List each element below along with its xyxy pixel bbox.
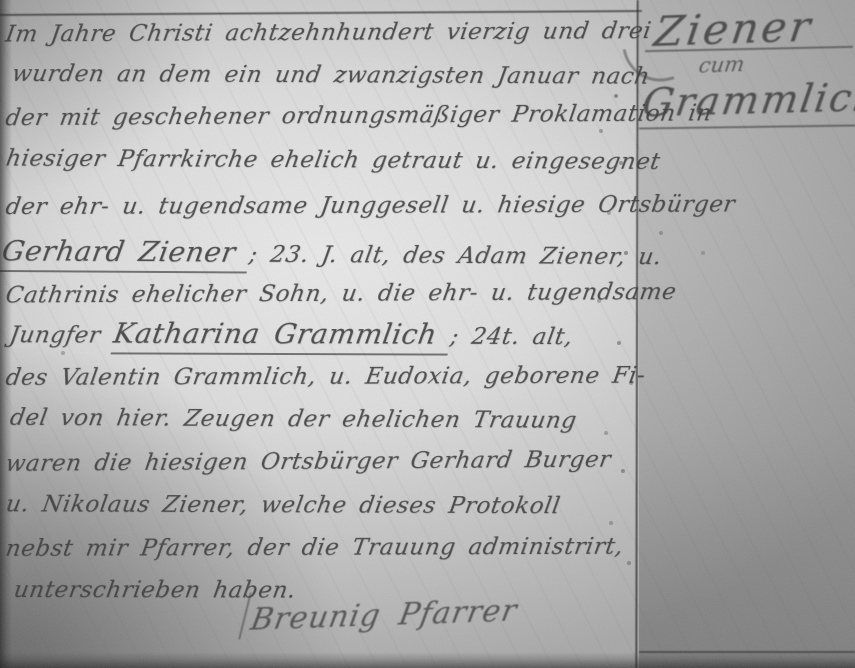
entry-line-1: Im Jahre Christi achtzehnhundert vierzig… <box>4 18 653 47</box>
entry-line-10: del von hier. Zeugen der ehelichen Trauu… <box>8 405 579 434</box>
entry-line-14: unterschrieben haben. <box>12 577 298 603</box>
entry-line-8: Jungfer Katharina Grammlich; 24t. alt, <box>7 316 575 351</box>
entry-line-2: wurden an dem ein und zwanzigsten Januar… <box>10 61 652 90</box>
entry-line-5: der ehr- u. tugendsame Junggesell u. hie… <box>4 192 737 221</box>
margin-conjunction: cum <box>697 52 746 78</box>
entry-line-9: des Valentin Grammlich, u. Eudoxia, gebo… <box>4 363 648 391</box>
entry-line-7: Cathrinis ehelicher Sohn, u. die ehr- u.… <box>4 279 679 309</box>
entry-line-4: hiesiger Pfarrkirche ehelich getraut u. … <box>4 145 662 174</box>
groom-name: Gerhard Ziener <box>0 234 252 274</box>
entry-line-6: Gerhard Ziener; 23. J. alt, des Adam Zie… <box>0 234 665 271</box>
entry-line-12: u. Nikolaus Ziener, welche dieses Protok… <box>4 491 562 519</box>
scan-bottom-edge <box>0 652 855 668</box>
entry-line-13: nebst mir Pfarrer, der die Trauung admin… <box>4 534 625 562</box>
entry-line-3: der mit geschehener ordnungsmäßiger Prok… <box>4 101 714 132</box>
register-scan-page: Ziener cum Grammlich Im Jahre Christi ac… <box>0 0 855 668</box>
entry-line-11: waren die hiesigen Ortsbürger Gerhard Bu… <box>4 447 613 477</box>
register-entry-text: Im Jahre Christi achtzehnhundert vierzig… <box>0 0 636 668</box>
scan-left-edge <box>0 0 12 668</box>
entry-line-8-pre: Jungfer <box>8 322 116 348</box>
bride-name: Katharina Grammlich <box>110 316 453 355</box>
entry-line-6-rest: ; 23. J. alt, des Adam Ziener, u. <box>247 241 664 270</box>
entry-line-8-rest: ; 24t. alt, <box>448 324 575 350</box>
scan-bottom-right-edge <box>639 651 855 653</box>
